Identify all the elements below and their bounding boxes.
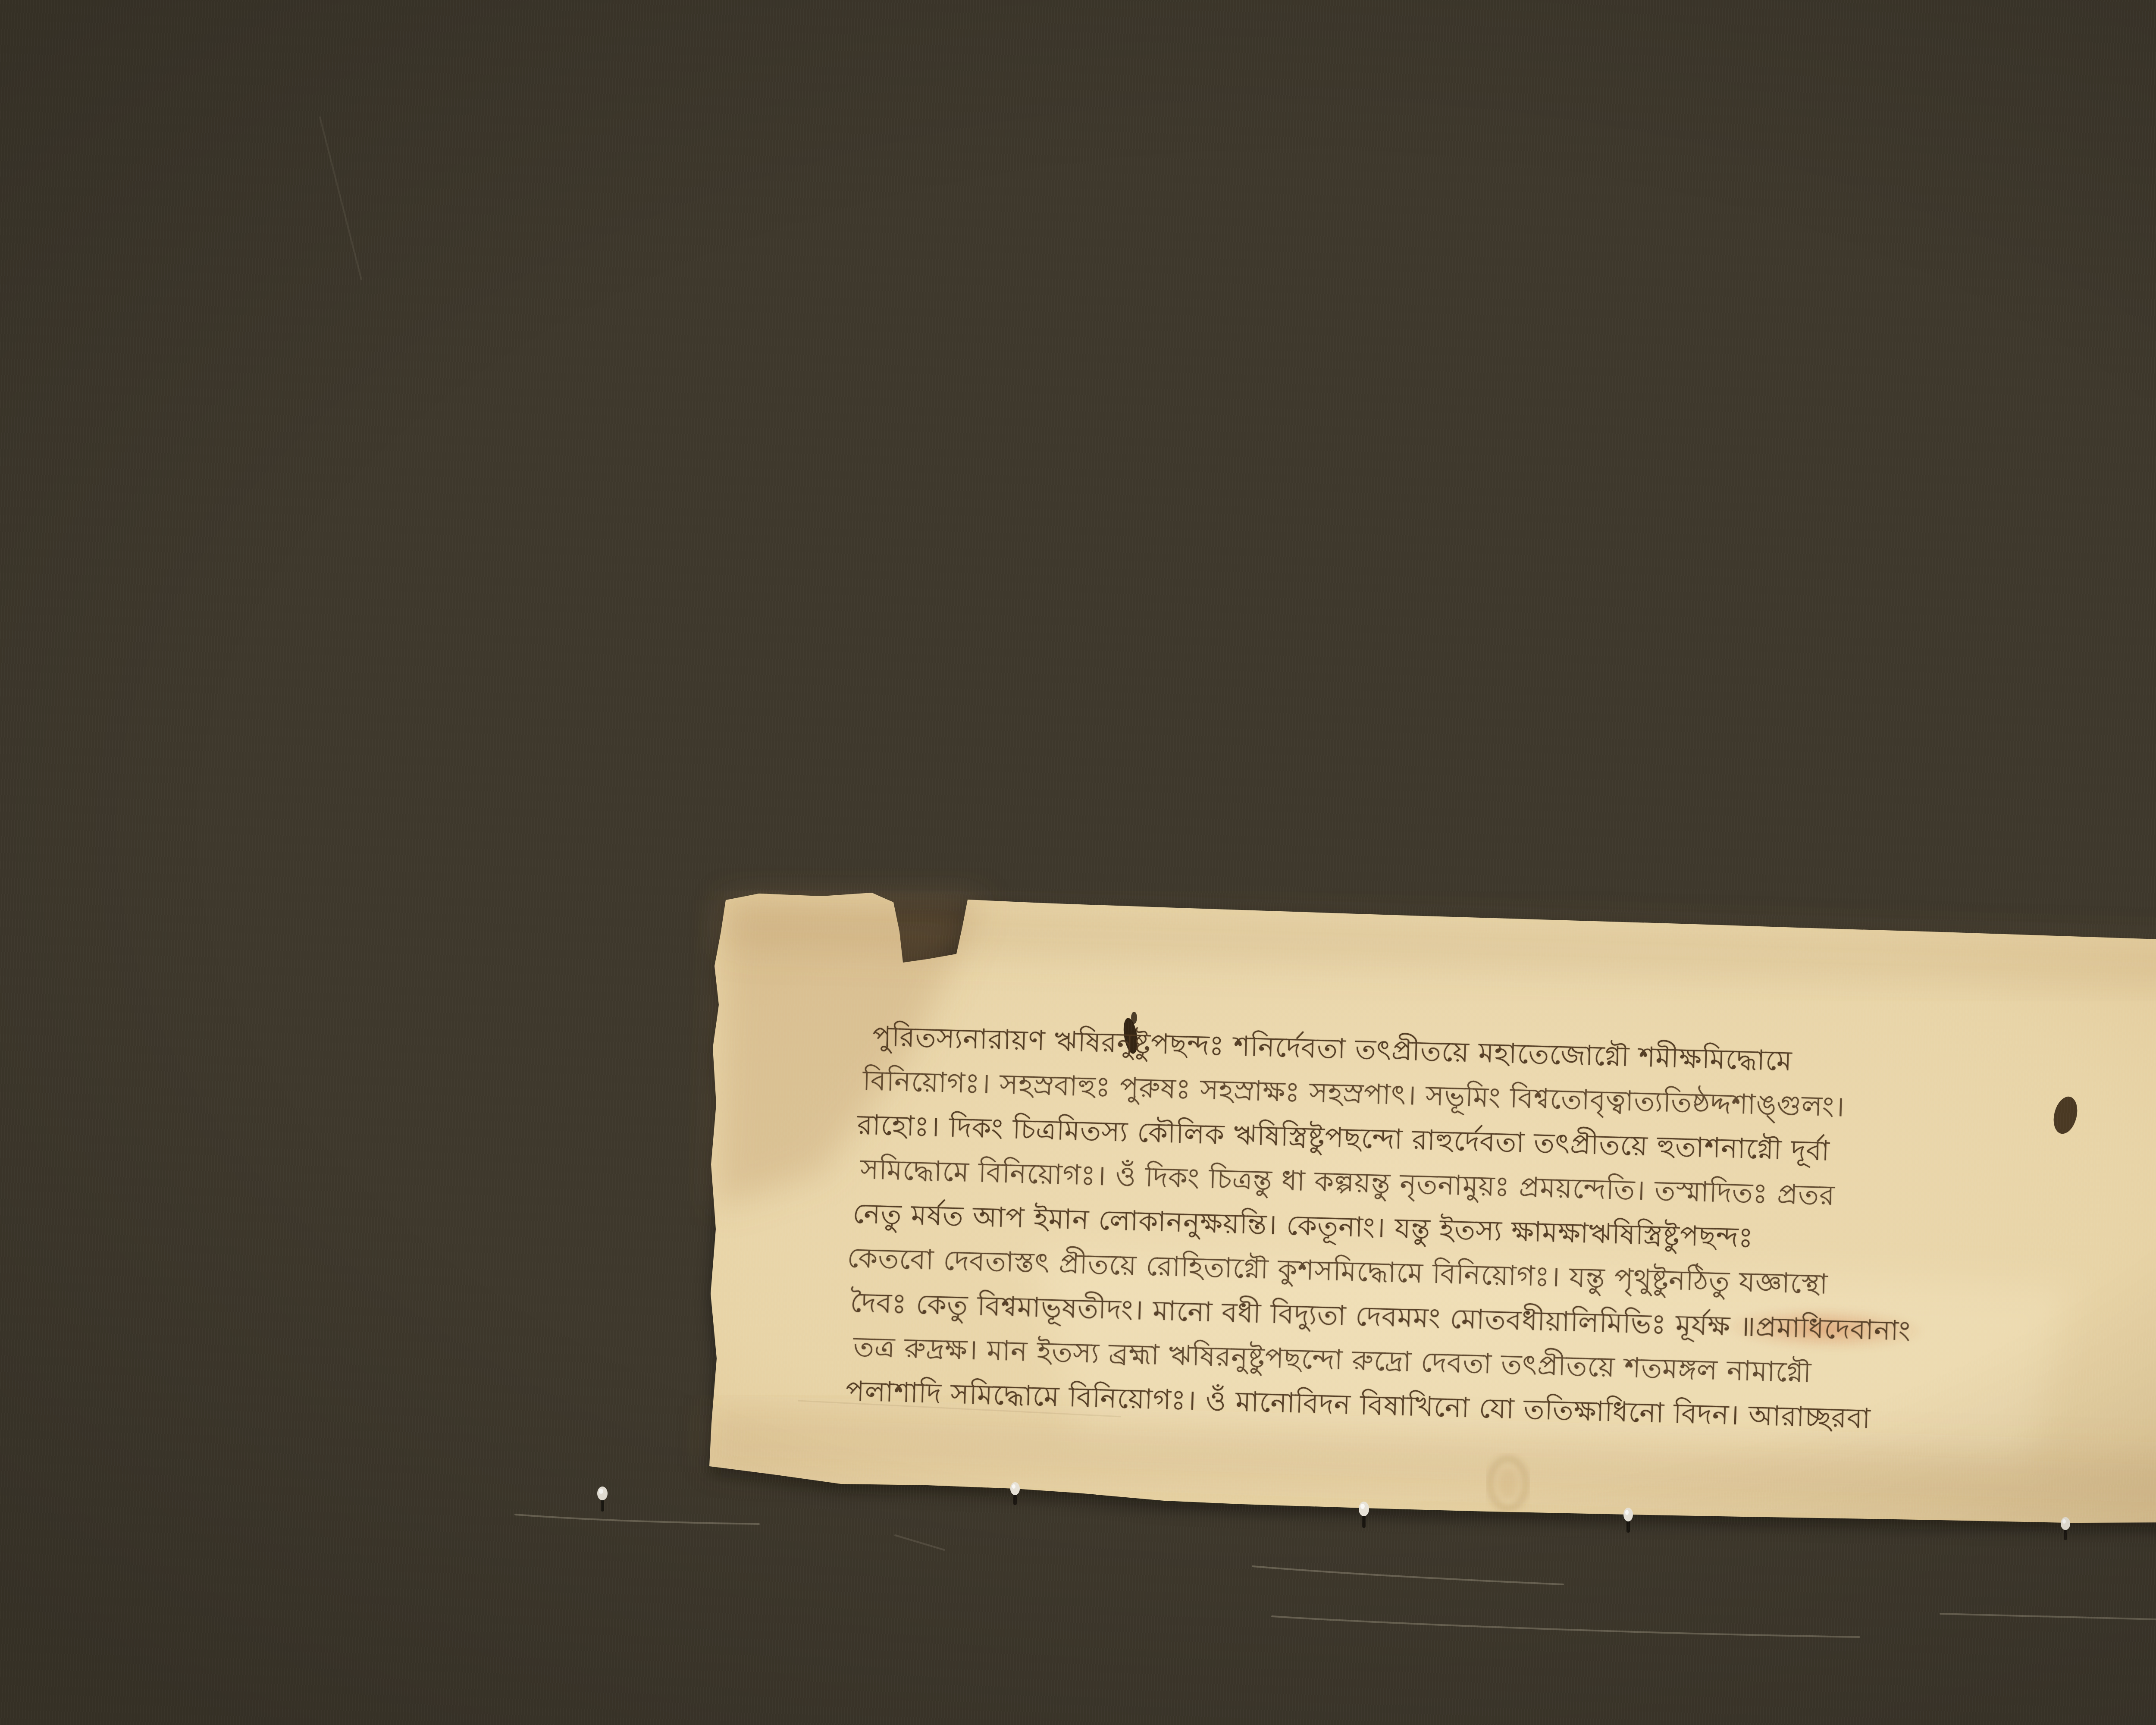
manuscript-photo: পুরিতস্যনারায়ণ ঋষিরনুষ্টুপছন্দঃ শনির্দে… [0,0,2156,1725]
scratch-line [895,1535,944,1550]
scratch-line [1940,1614,2156,1627]
board-background [0,0,2156,1725]
scratch-line [320,117,361,279]
scratch-line [1272,1616,1859,1637]
scratch-line [1253,1566,1563,1584]
scratch-line [515,1515,759,1524]
red-highlighted-word: ॥প্রমাধিদেবানাং [1739,1311,1911,1347]
manuscript-text-block: পুরিতস্যনারায়ণ ঋষিরনুষ্টুপছন্দঃ শনির্দে… [854,1014,2156,1452]
pin-icon [597,1487,608,1512]
